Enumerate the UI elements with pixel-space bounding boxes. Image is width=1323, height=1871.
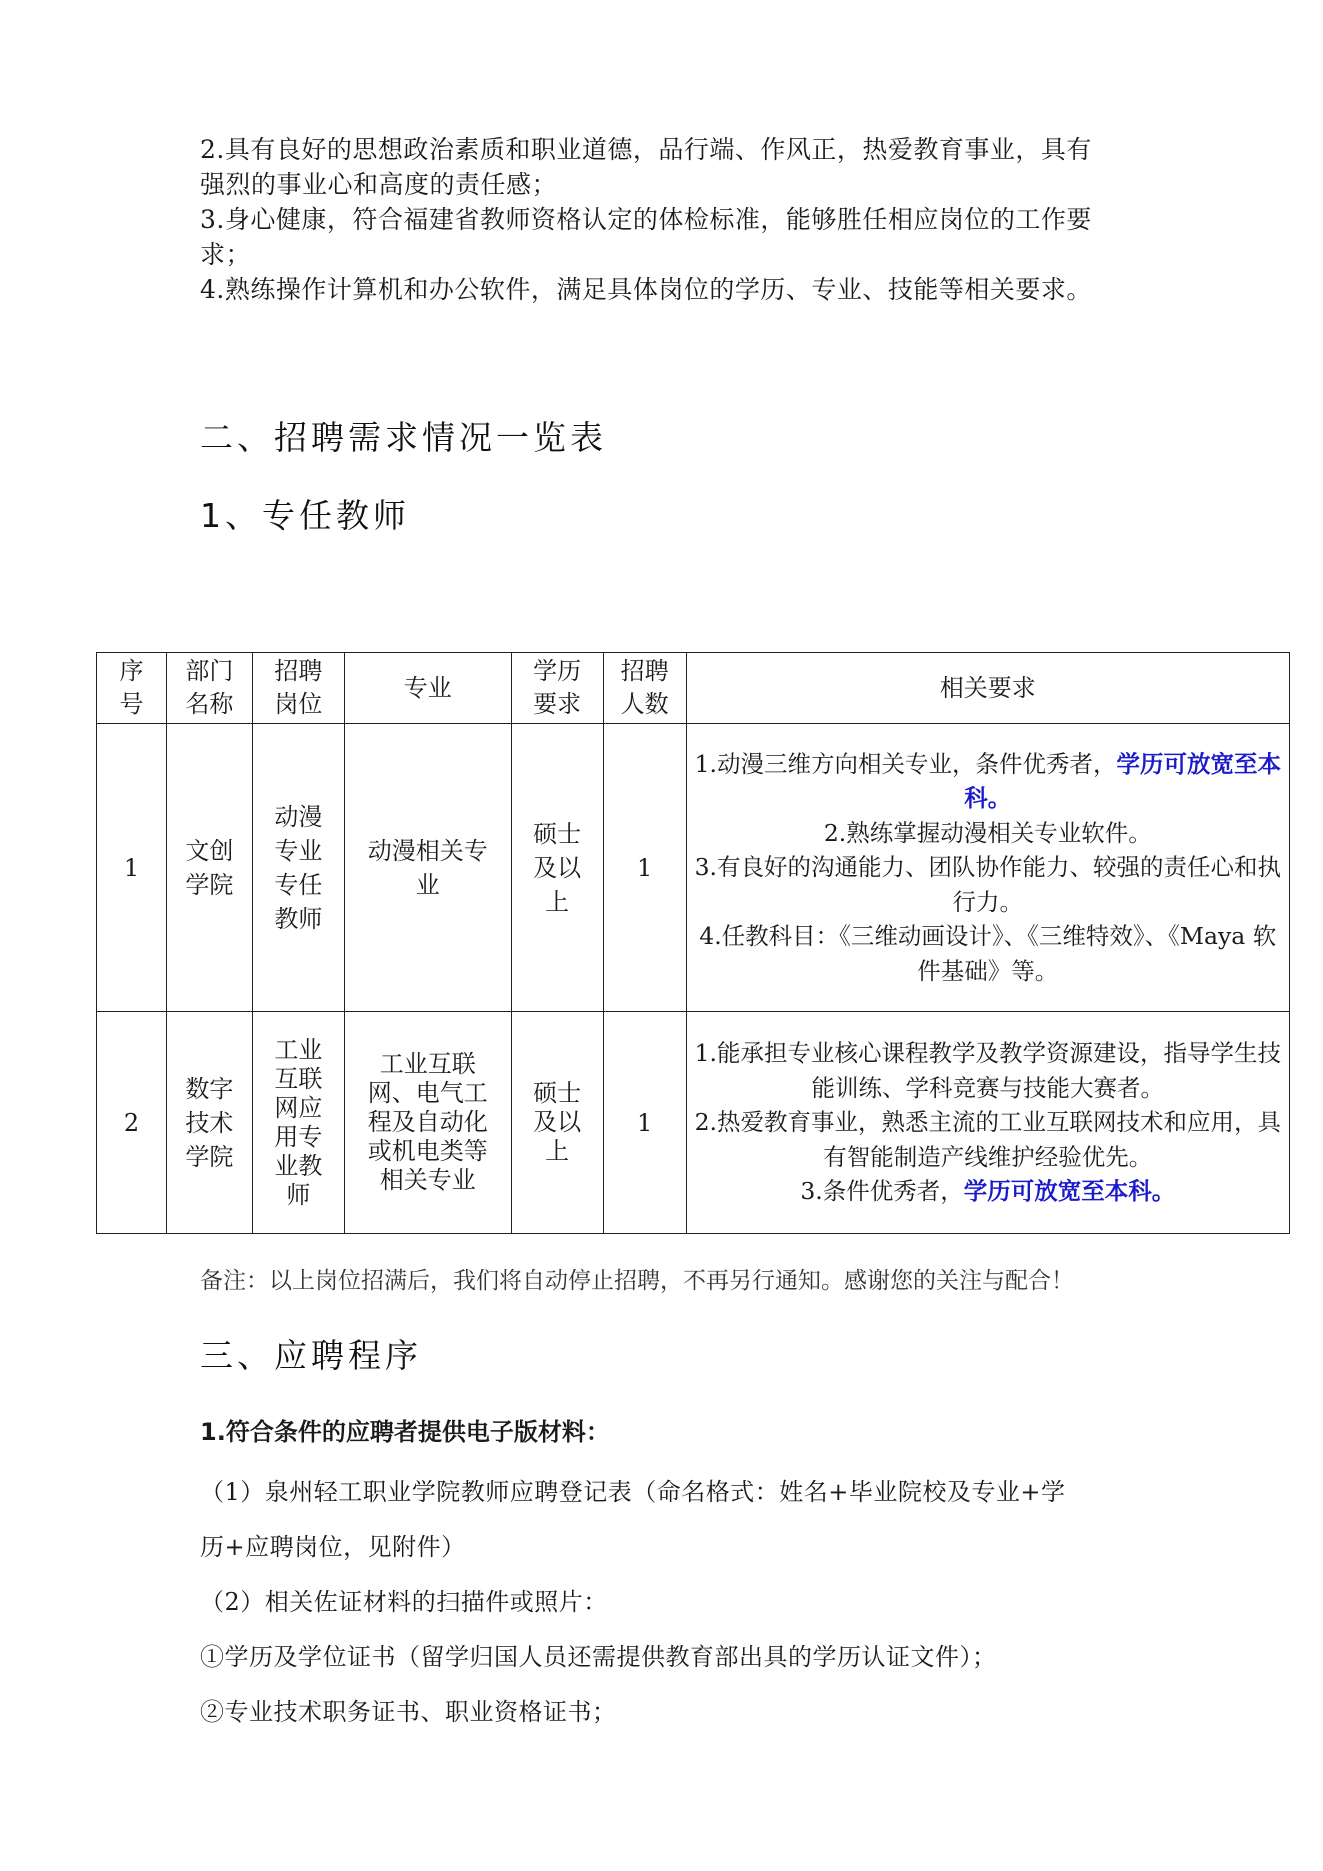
highlight-text: 学历可放宽至本科。 xyxy=(964,1177,1176,1205)
header-education: 学历要求 xyxy=(511,653,603,724)
cell-major: 工业互联网、电气工程及自动化或机电类等相关专业 xyxy=(344,1012,511,1234)
cell-dept: 文创学院 xyxy=(166,724,252,1012)
requirement-line: 4.熟练操作计算机和办公软件，满足具体岗位的学历、专业、技能等相关要求。 xyxy=(200,272,1140,307)
step-1-title: 1.符合条件的应聘者提供电子版材料： xyxy=(200,1412,610,1447)
cell-major: 动漫相关专业 xyxy=(344,724,511,1012)
material-line: （1）泉州轻工职业学院教师应聘登记表（命名格式：姓名+毕业院校及专业+学 xyxy=(200,1472,1066,1507)
cell-no: 1 xyxy=(97,724,167,1012)
cell-requirements: 1.能承担专业核心课程教学及教学资源建设，指导学生技能训练、学科竞赛与技能大赛者… xyxy=(686,1012,1289,1234)
section-heading-recruitment-table: 二、招聘需求情况一览表 xyxy=(200,412,607,459)
subsection-heading-full-time-teachers: 1、专任教师 xyxy=(200,490,410,537)
cell-post: 工业互联网应用专业教师 xyxy=(252,1012,344,1234)
header-requirements: 相关要求 xyxy=(686,653,1289,724)
cell-education: 硕士及以上 xyxy=(511,1012,603,1234)
table-row: 1 文创学院 动漫专业专任教师 动漫相关专业 硕士及以上 1 1.动漫三维方向相… xyxy=(97,724,1290,1012)
document-page: 2.具有良好的思想政治素质和职业道德，品行端、作风正，热爱教育事业，具有 强烈的… xyxy=(0,0,1323,1871)
cell-education: 硕士及以上 xyxy=(511,724,603,1012)
section-heading-application-procedure: 三、应聘程序 xyxy=(200,1330,422,1377)
cell-count: 1 xyxy=(603,1012,686,1234)
table-row: 2 数字技术学院 工业互联网应用专业教师 工业互联网、电气工程及自动化或机电类等… xyxy=(97,1012,1290,1234)
cell-requirements: 1.动漫三维方向相关专业，条件优秀者，学历可放宽至本科。 2.熟练掌握动漫相关专… xyxy=(686,724,1289,1012)
cell-post: 动漫专业专任教师 xyxy=(252,724,344,1012)
material-line: ①学历及学位证书（留学归国人员还需提供教育部出具的学历认证文件）； xyxy=(200,1637,997,1672)
requirements-list: 2.具有良好的思想政治素质和职业道德，品行端、作风正，热爱教育事业，具有 强烈的… xyxy=(200,132,1140,307)
requirement-line: 2.具有良好的思想政治素质和职业道德，品行端、作风正，热爱教育事业，具有 xyxy=(200,132,1140,167)
recruitment-table: 序号 部门名称 招聘岗位 专业 学历要求 招聘人数 相关要求 1 文创学院 动漫… xyxy=(96,652,1290,1234)
material-line: 历+应聘岗位，见附件） xyxy=(200,1527,466,1562)
material-line: （2）相关佐证材料的扫描件或照片： xyxy=(200,1582,608,1617)
table-header-row: 序号 部门名称 招聘岗位 专业 学历要求 招聘人数 相关要求 xyxy=(97,653,1290,724)
cell-no: 2 xyxy=(97,1012,167,1234)
header-major: 专业 xyxy=(344,653,511,724)
table-note: 备注：以上岗位招满后，我们将自动停止招聘，不再另行通知。感谢您的关注与配合！ xyxy=(200,1262,1074,1295)
material-line: ②专业技术职务证书、职业资格证书； xyxy=(200,1692,617,1727)
header-post: 招聘岗位 xyxy=(252,653,344,724)
cell-count: 1 xyxy=(603,724,686,1012)
requirement-line: 3.身心健康，符合福建省教师资格认定的体检标准，能够胜任相应岗位的工作要 xyxy=(200,202,1140,237)
cell-dept: 数字技术学院 xyxy=(166,1012,252,1234)
requirement-line: 强烈的事业心和高度的责任感； xyxy=(200,167,1140,202)
header-dept: 部门名称 xyxy=(166,653,252,724)
header-count: 招聘人数 xyxy=(603,653,686,724)
header-no: 序号 xyxy=(97,653,167,724)
requirement-line: 求； xyxy=(200,237,1140,272)
